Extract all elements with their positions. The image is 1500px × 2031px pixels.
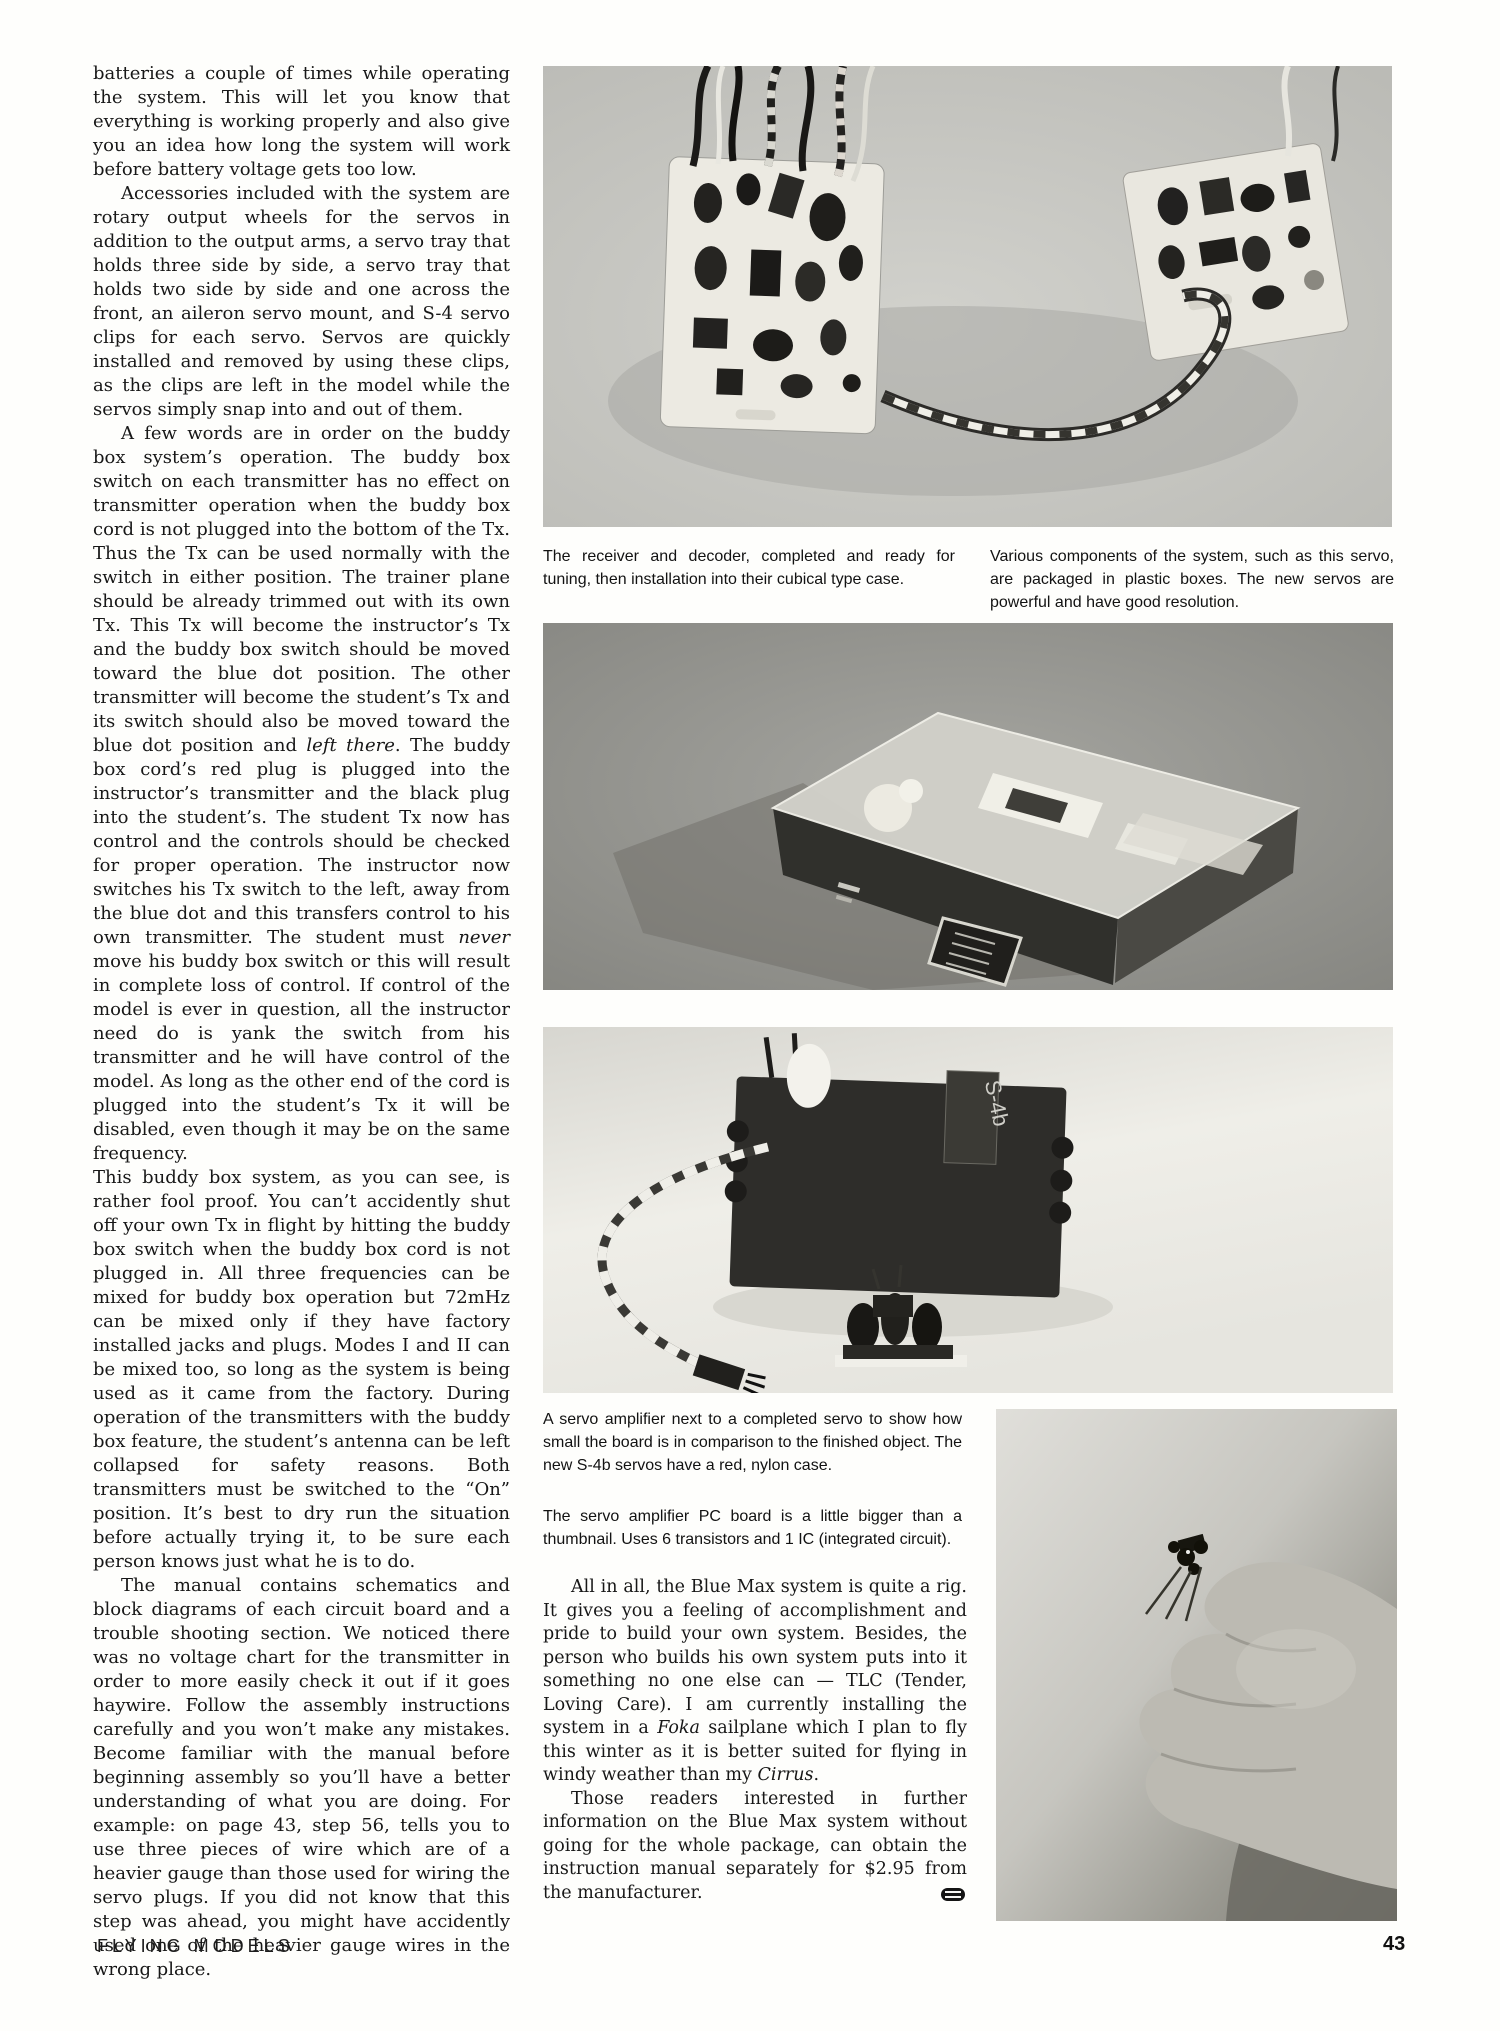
photo-receiver-decoder [543,66,1392,527]
end-of-article-mark [941,1888,965,1901]
paragraph-text: All in all, the Blue Max system is quite… [543,1577,967,1738]
paragraph-text: . The buddy box cord’s red plug is plugg… [93,735,510,948]
caption-components: Various components of the system, such a… [990,545,1394,614]
photo-servo-amplifier: S-4b [543,1027,1393,1393]
photo-illustration [543,623,1393,990]
caption-servo-amplifier: A servo amplifier next to a completed se… [543,1408,962,1477]
body-paragraph: The manual contains schematics and block… [93,1574,510,1982]
right-text-column: All in all, the Blue Max system is quite… [543,1576,967,1905]
italic-text: left there [306,735,394,756]
photo-illustration [543,66,1392,527]
photo-plastic-box [543,623,1393,990]
photo-illustration [996,1409,1397,1921]
body-paragraph: batteries a couple of times while operat… [93,62,510,182]
photo-illustration: S-4b [543,1027,1393,1393]
italic-text: never [458,927,510,948]
body-paragraph: Those readers interested in further info… [543,1788,967,1906]
page-number: 43 [1383,1933,1405,1956]
magazine-page: batteries a couple of times while operat… [0,0,1500,2031]
body-paragraph: Accessories included with the system are… [93,182,510,422]
left-text-column: batteries a couple of times while operat… [93,62,510,1982]
italic-text: Cirrus [757,1765,813,1785]
paragraph-text: . [813,1765,819,1785]
italic-text: Foka [657,1718,700,1738]
body-paragraph: A few words are in order on the buddy bo… [93,422,510,1166]
paragraph-text: move his buddy box switch or this will r… [93,951,510,1164]
caption-receiver: The receiver and decoder, completed and … [543,545,955,591]
circuit-board-left [660,157,884,434]
body-paragraph: All in all, the Blue Max system is quite… [543,1576,967,1788]
circuit-board-right [1122,142,1349,361]
magazine-title-footer: FLYING MODELS [97,1936,294,1957]
photo-hand-pc-board [996,1409,1397,1921]
body-paragraph: This buddy box system, as you can see, i… [93,1166,510,1574]
paragraph-text: A few words are in order on the buddy bo… [93,423,510,756]
caption-pc-board: The servo amplifier PC board is a little… [543,1505,962,1551]
paragraph-text: Those readers interested in further info… [543,1789,967,1903]
